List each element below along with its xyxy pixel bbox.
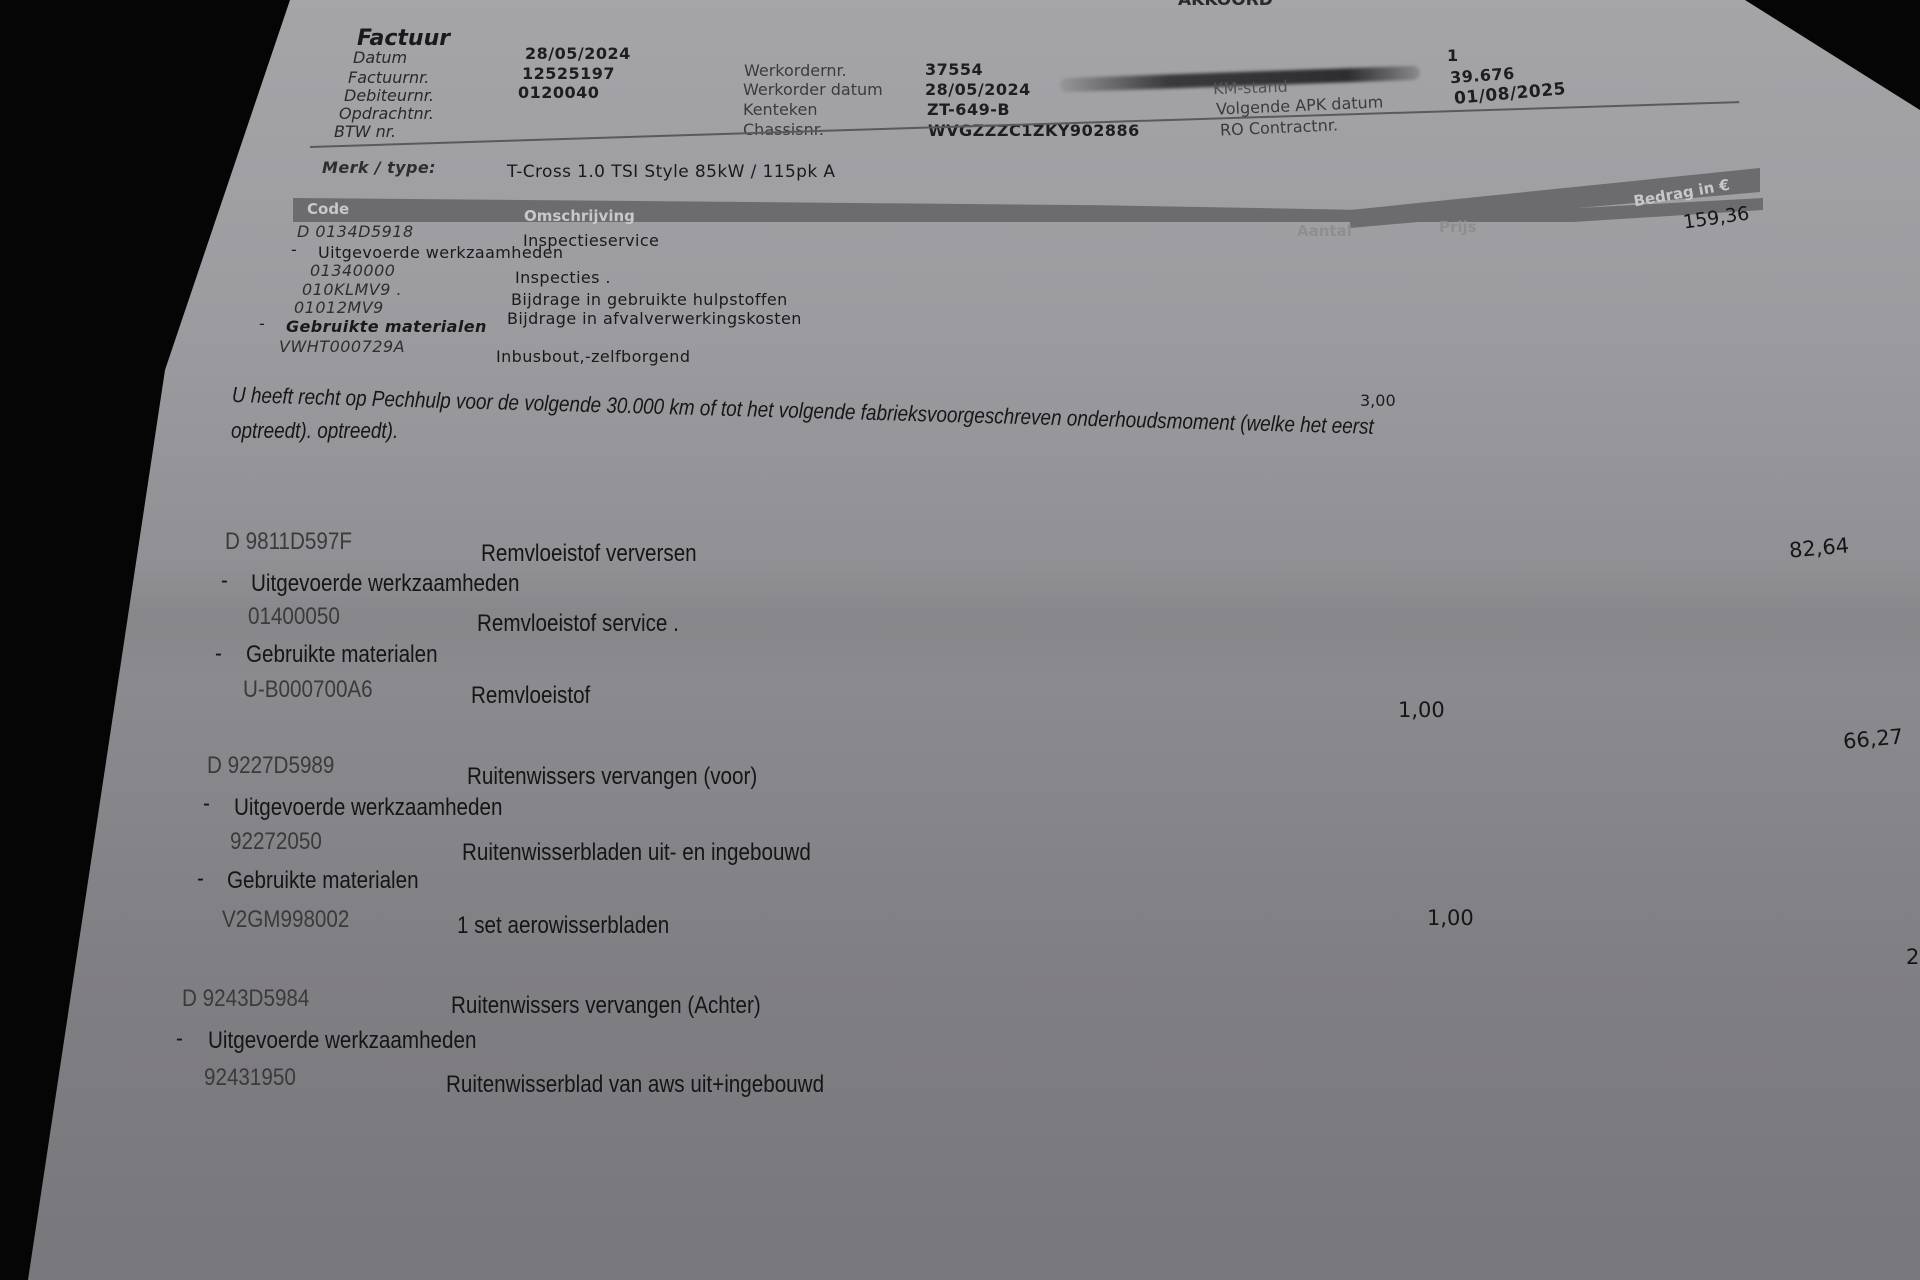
header-divider <box>310 101 1739 148</box>
section3-dash-2: - <box>197 865 204 893</box>
section3-amount: 66,27 <box>1842 724 1904 753</box>
value-debiteurnr: 0120040 <box>518 83 599 102</box>
section2-code: D 9811D597F <box>225 528 352 556</box>
label-km-stand: KM-stand <box>1213 77 1288 99</box>
section4-work-code-1: 92431950 <box>204 1064 296 1092</box>
section3-work-desc-1: Ruitenwisserbladen uit- en ingebouwd <box>462 839 811 867</box>
section2-dash: - <box>221 567 228 595</box>
section1-work-desc-3: Bijdrage in afvalverwerkingskosten <box>507 309 802 328</box>
header-omschrijving: Omschrijving <box>524 207 635 225</box>
value-factuurnr: 12525197 <box>522 64 615 83</box>
value-werkordernr: 37554 <box>925 60 983 79</box>
section2-description: Remvloeistof verversen <box>481 540 697 568</box>
label-vehicle: Merk / type: <box>322 158 436 177</box>
approval-stamp: AKKOORD <box>1178 0 1273 10</box>
header-aantal: Aantal <box>1297 222 1352 240</box>
header-code: Code <box>307 200 349 218</box>
section1-work-heading: Uitgevoerde werkzaamheden <box>318 243 563 262</box>
label-factuurnr: Factuurnr. <box>348 68 429 87</box>
section2-work-code-1: 01400050 <box>248 603 340 631</box>
section4-amount-partial: 2 <box>1906 945 1919 969</box>
pechhulp-notice-line1: U heeft recht op Pechhulp voor de volgen… <box>232 382 1374 440</box>
section3-description: Ruitenwissers vervangen (voor) <box>467 763 757 791</box>
label-btw: BTW nr. <box>334 122 396 141</box>
section3-dash: - <box>203 790 210 818</box>
label-datum: Datum <box>353 48 407 67</box>
label-werkorder-datum: Werkorder datum <box>743 80 883 99</box>
section2-materials-heading: Gebruikte materialen <box>246 641 438 669</box>
section3-work-heading: Uitgevoerde werkzaamheden <box>234 794 502 822</box>
label-werkordernr: Werkordernr. <box>744 61 847 80</box>
section1-work-code-2: 010KLMV9 . <box>302 280 402 299</box>
section1-materials-heading: Gebruikte materialen <box>286 317 487 336</box>
section1-material-code-1: VWHT000729A <box>279 337 405 356</box>
section3-materials-heading: Gebruikte materialen <box>227 867 419 895</box>
section3-material-qty-1: 1,00 <box>1427 906 1474 930</box>
value-datum: 28/05/2024 <box>525 44 631 63</box>
section1-material-qty-1: 3,00 <box>1360 391 1396 410</box>
section1-work-code-3: 01012MV9 <box>294 298 384 317</box>
section4-description: Ruitenwissers vervangen (Achter) <box>451 992 761 1020</box>
section2-material-code-1: U-B000700A6 <box>243 676 373 704</box>
section1-work-code-1: 01340000 <box>310 261 395 280</box>
section1-material-desc-1: Inbusbout,-zelfborgend <box>496 347 690 366</box>
label-kenteken: Kenteken <box>743 100 817 119</box>
section3-code: D 9227D5989 <box>207 752 334 780</box>
section3-material-code-1: V2GM998002 <box>222 906 349 934</box>
invoice-paper: AKKOORD Factuur Datum Factuurnr. Debiteu… <box>0 0 1920 1280</box>
value-redacted-field: 1 <box>1447 46 1459 65</box>
section1-work-desc-1: Inspecties . <box>515 268 611 287</box>
label-ro-contractnr: RO Contractnr. <box>1220 115 1339 139</box>
section2-material-qty-1: 1,00 <box>1398 698 1445 722</box>
section4-work-desc-1: Ruitenwisserblad van aws uit+ingebouwd <box>446 1071 824 1099</box>
section3-material-desc-1: 1 set aerowisserbladen <box>457 912 669 940</box>
section2-dash-2: - <box>215 640 222 668</box>
section1-dash-2: - <box>259 314 265 333</box>
section1-work-desc-2: Bijdrage in gebruikte hulpstoffen <box>511 290 788 309</box>
section2-work-desc-1: Remvloeistof service . <box>477 610 679 638</box>
section4-code: D 9243D5984 <box>182 985 309 1013</box>
label-opdrachtnr: Opdrachtnr. <box>339 104 434 123</box>
section2-material-desc-1: Remvloeistof <box>471 682 590 710</box>
section2-amount: 82,64 <box>1788 533 1850 562</box>
value-werkorder-datum: 28/05/2024 <box>925 80 1031 99</box>
section2-work-heading: Uitgevoerde werkzaamheden <box>251 570 519 598</box>
value-vehicle: T-Cross 1.0 TSI Style 85kW / 115pk A <box>507 162 835 182</box>
section1-dash: - <box>291 240 297 259</box>
label-debiteurnr: Debiteurnr. <box>344 86 434 105</box>
section1-code: D 0134D5918 <box>297 222 414 241</box>
header-prijs: Prijs <box>1439 218 1477 236</box>
section3-work-code-1: 92272050 <box>230 828 322 856</box>
section4-work-heading: Uitgevoerde werkzaamheden <box>208 1027 476 1055</box>
value-kenteken: ZT-649-B <box>927 100 1010 119</box>
section4-dash: - <box>176 1025 183 1053</box>
pechhulp-notice-line2: optreedt). optreedt). <box>231 418 398 444</box>
